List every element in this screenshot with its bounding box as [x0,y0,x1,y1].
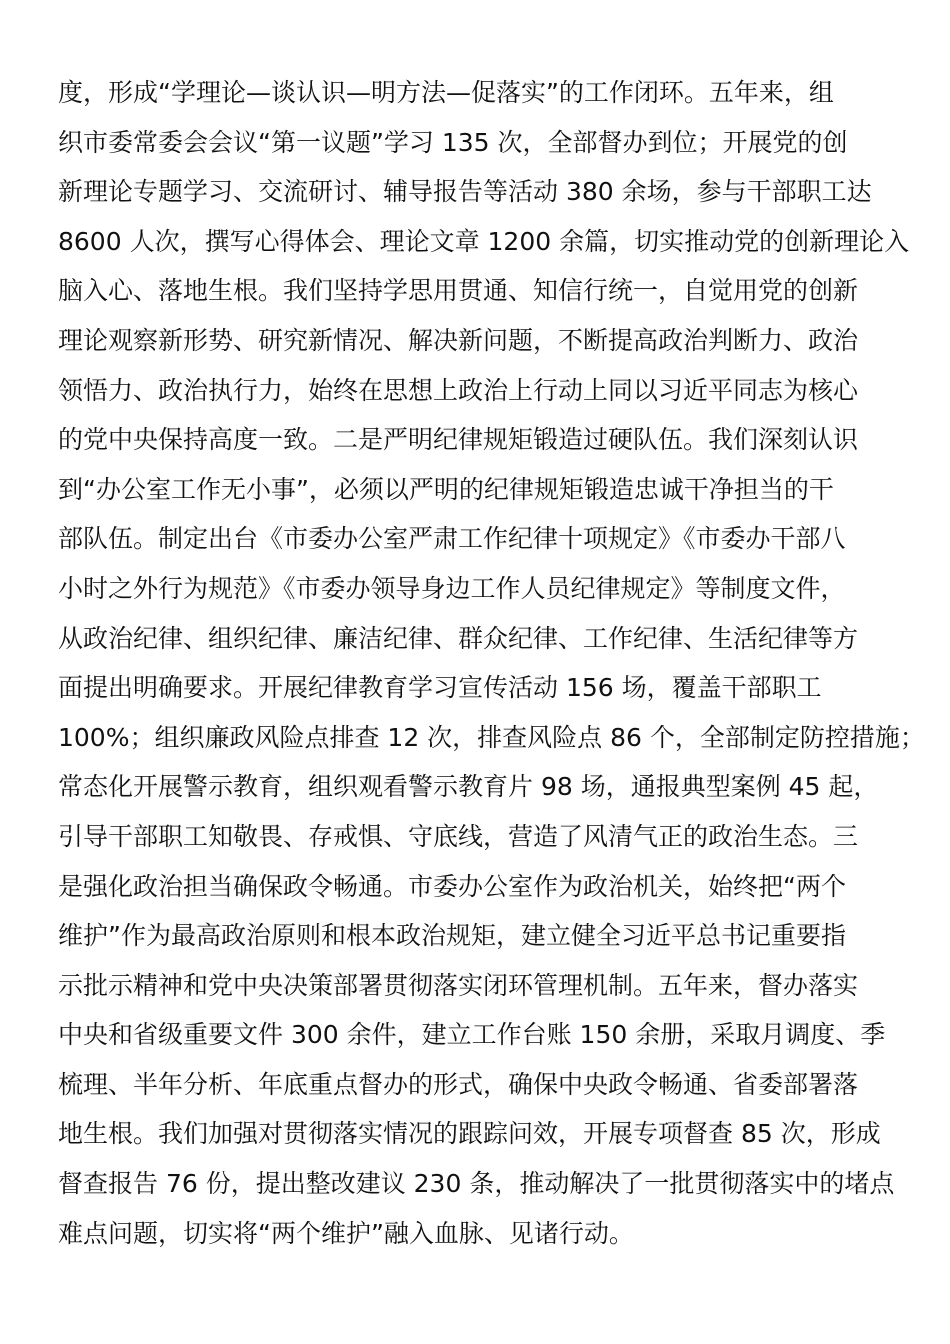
body-paragraph: 度，形成“学理论—谈认识—明方法—促落实”的工作闭环。五年来，组 织市委常委会会… [58,68,898,1258]
text-line: 从政治纪律、组织纪律、廉洁纪律、群众纪律、工作纪律、生活纪律等方 [58,614,898,664]
text-line: 维护”作为最高政治原则和根本政治规矩，建立健全习近平总书记重要指 [58,911,898,961]
text-line: 理论观察新形势、研究新情况、解决新问题，不断提高政治判断力、政治 [58,316,898,366]
text-line: 8600 人次，撰写心得体会、理论文章 1200 余篇，切实推动党的创新理论入 [58,217,898,267]
text-line: 示批示精神和党中央决策部署贯彻落实闭环管理机制。五年来，督办落实 [58,961,898,1011]
text-line: 是强化政治担当确保政令畅通。市委办公室作为政治机关，始终把“两个 [58,862,898,912]
text-line: 督查报告 76 份，提出整改建议 230 条，推动解决了一批贯彻落实中的堵点 [58,1159,898,1209]
text-line: 难点问题，切实将“两个维护”融入血脉、见诸行动。 [58,1209,898,1259]
text-line: 小时之外行为规范》《市委办领导身边工作人员纪律规定》等制度文件， [58,564,898,614]
text-line: 梳理、半年分析、年底重点督办的形式，确保中央政令畅通、省委部署落 [58,1060,898,1110]
document-page: 度，形成“学理论—谈认识—明方法—促落实”的工作闭环。五年来，组 织市委常委会会… [0,0,950,1344]
text-line: 100%；组织廉政风险点排查 12 次，排查风险点 86 个，全部制定防控措施； [58,713,898,763]
text-line: 度，形成“学理论—谈认识—明方法—促落实”的工作闭环。五年来，组 [58,68,898,118]
text-line: 引导干部职工知敬畏、存戒惧、守底线，营造了风清气正的政治生态。三 [58,812,898,862]
text-line: 到“办公室工作无小事”，必须以严明的纪律规矩锻造忠诚干净担当的干 [58,465,898,515]
text-line: 织市委常委会会议“第一议题”学习 135 次，全部督办到位；开展党的创 [58,118,898,168]
text-line: 新理论专题学习、交流研讨、辅导报告等活动 380 余场，参与干部职工达 [58,167,898,217]
text-line: 领悟力、政治执行力，始终在思想上政治上行动上同以习近平同志为核心 [58,366,898,416]
text-line: 的党中央保持高度一致。二是严明纪律规矩锻造过硬队伍。我们深刻认识 [58,415,898,465]
text-line: 地生根。我们加强对贯彻落实情况的跟踪问效，开展专项督查 85 次，形成 [58,1109,898,1159]
text-line: 面提出明确要求。开展纪律教育学习宣传活动 156 场，覆盖干部职工 [58,663,898,713]
text-line: 中央和省级重要文件 300 余件，建立工作台账 150 余册，采取月调度、季 [58,1010,898,1060]
text-line: 部队伍。制定出台《市委办公室严肃工作纪律十项规定》《市委办干部八 [58,514,898,564]
text-line: 脑入心、落地生根。我们坚持学思用贯通、知信行统一，自觉用党的创新 [58,266,898,316]
text-line: 常态化开展警示教育，组织观看警示教育片 98 场，通报典型案例 45 起， [58,762,898,812]
